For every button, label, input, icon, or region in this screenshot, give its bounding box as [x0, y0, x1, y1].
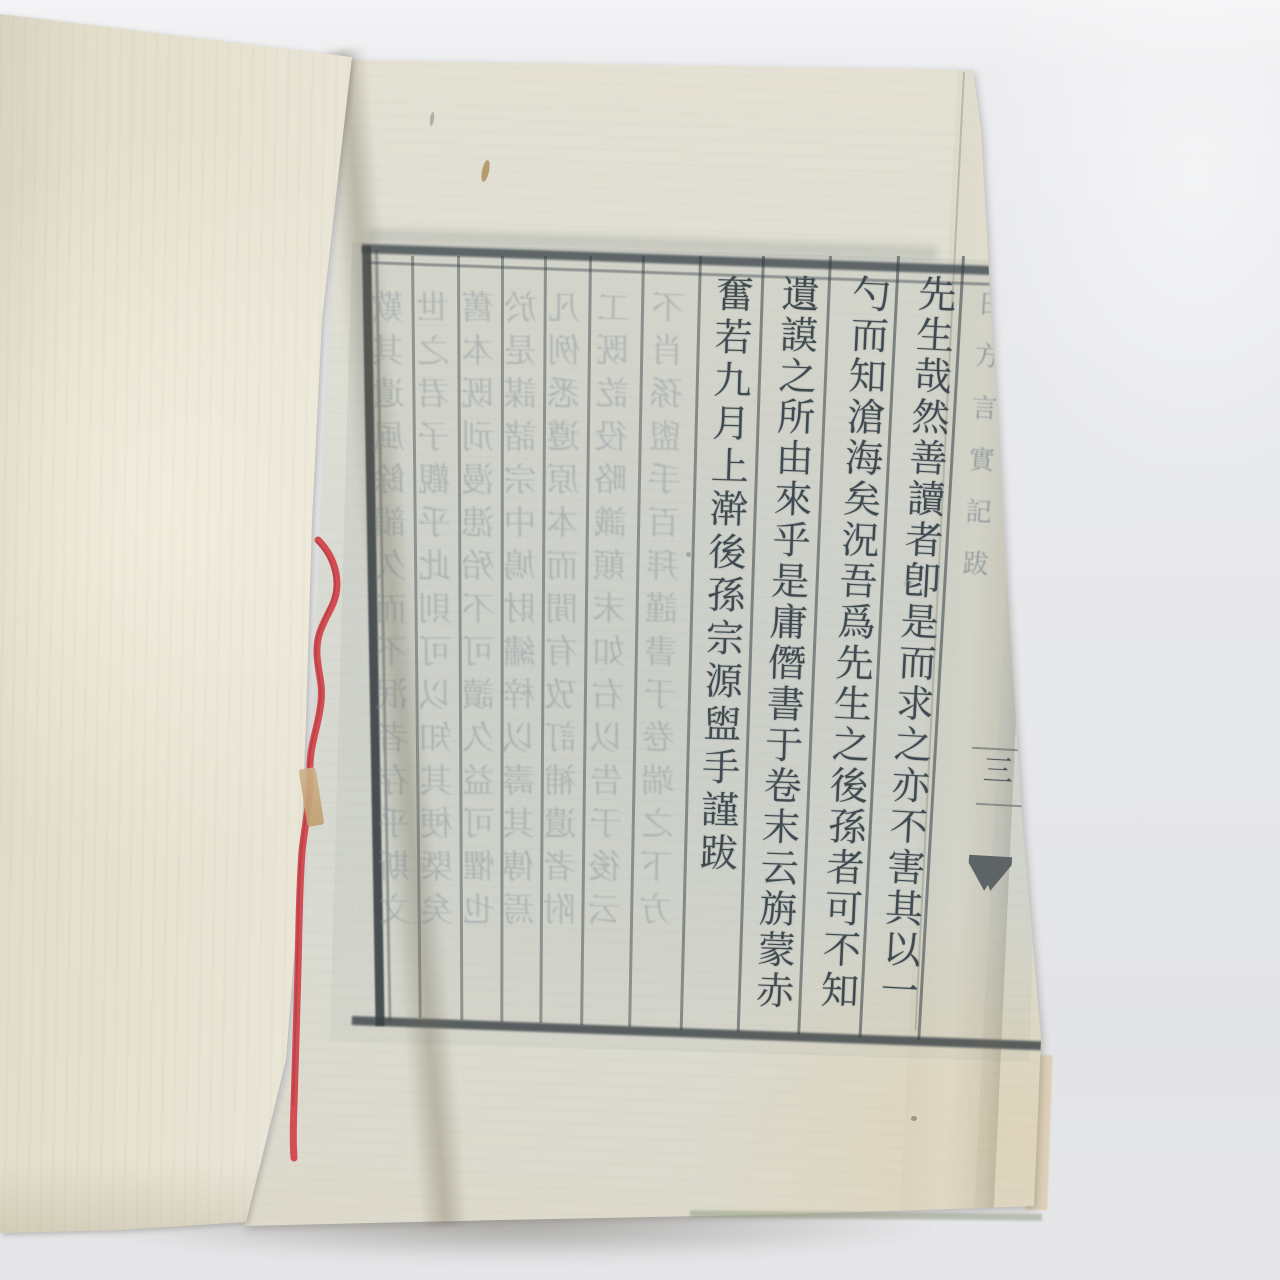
- left-page: [0, 0, 1280, 1280]
- page-bottom-shading: [0, 1160, 330, 1235]
- book-photograph: 歎其遺風餘韻久而不泯者存乎斯文 世之君子觀乎此則可以知其梗槩矣 舊本既刓漫漶殆不…: [0, 0, 1280, 1280]
- paper-texture: [0, 10, 360, 1235]
- left-page-wrapper: [0, 0, 1280, 1280]
